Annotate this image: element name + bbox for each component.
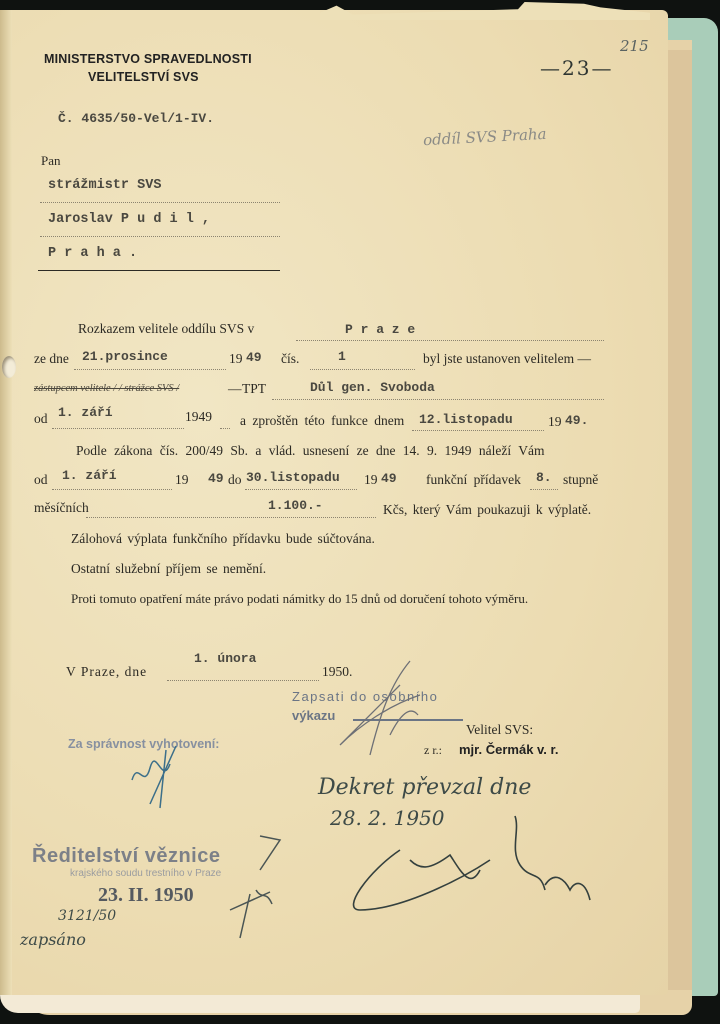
paragraph-2-line-1: Podle zákona čís. 200/49 Sb. a vlád. usn… (76, 443, 545, 459)
allowance-from-year: 49 (208, 471, 224, 486)
page-number: —23— (540, 56, 613, 80)
stupne-label: stupně (563, 472, 598, 488)
addressee-rank: strážmistr SVS (48, 178, 161, 193)
dotted-line (530, 489, 558, 490)
start-date: 1. září (58, 405, 113, 420)
place-field: P r a z e (345, 322, 415, 337)
dotted-line (40, 202, 280, 203)
commander-name: mjr. Čermák v. r. (459, 742, 559, 757)
body-line-4-middle: a zproštěn této funkce dnem (240, 413, 404, 429)
dotted-line (40, 236, 280, 237)
office-stamp-line-2: krajského soudu trestního v Praze (70, 868, 221, 879)
allowance-label: funkční přídavek (426, 472, 521, 488)
page-binding-shadow (0, 10, 12, 995)
addressee-city: P r a h a . (48, 246, 137, 261)
od-label: od (34, 411, 48, 427)
handwritten-recorded-note: zapsáno (20, 930, 86, 949)
paragraph-4: Ostatní služební příjem se nemění. (71, 561, 266, 577)
commander-title: Velitel SVS: (466, 722, 533, 738)
body-line-1-text: Rozkazem velitele oddílu SVS v (78, 321, 254, 337)
workplace-field: Důl gen. Svoboda (310, 380, 435, 395)
allowance-to-year: 49 (381, 471, 397, 486)
od-label-2: od (34, 472, 48, 488)
body-line-2-suffix: byl jste ustanoven velitelem — (423, 351, 591, 367)
ministry-heading: MINISTERSTVO SPRAVEDLNOSTI (44, 52, 252, 66)
bottom-page-edge (0, 995, 640, 1013)
allowance-from-date: 1. září (62, 468, 117, 483)
monthly-label: měsíčních (34, 500, 89, 516)
salutation: Pan (41, 153, 61, 169)
handwritten-receipt-line-1: Dekret převzal dne (318, 775, 531, 800)
dotted-line (86, 517, 376, 518)
currency-text: Kčs, který Vám poukazuji k výplatě. (383, 502, 591, 518)
office-stamp-line-1: Ředitelství věznice (32, 845, 220, 868)
punch-hole (2, 356, 16, 378)
dash: — (228, 381, 242, 397)
ze-dne-label: ze dne (34, 351, 69, 367)
allowance-grade: 8. (536, 470, 552, 485)
appointment-order-year: 49 (246, 350, 262, 365)
address-underline (38, 270, 280, 271)
handwritten-file-number: 3121/50 (58, 908, 116, 924)
year-prefix: 19 (229, 351, 243, 367)
start-year: 1949 (185, 409, 212, 425)
order-number: 1 (338, 349, 346, 364)
end-year: 49. (565, 413, 588, 428)
appointment-order-date: 21.prosince (82, 349, 168, 364)
dotted-line (52, 428, 184, 429)
dotted-line (245, 489, 357, 490)
issue-date: 1. února (194, 651, 256, 666)
dotted-line (272, 399, 604, 400)
dotted-line (167, 680, 319, 681)
dotted-line (74, 369, 226, 370)
reference-number: Č. 4635/50-Vel/1-IV. (58, 111, 214, 126)
end-year-prefix: 19 (548, 414, 562, 430)
correctness-signature-icon (120, 740, 200, 810)
record-stamp-line-2: výkazu (292, 708, 335, 723)
dotted-line (412, 430, 544, 431)
allowance-to-date: 30.listopadu (246, 470, 340, 485)
end-date: 12.listopadu (419, 412, 513, 427)
allowance-year-prefix: 19 (175, 472, 189, 488)
paragraph-3: Zálohová výplata funkčního přídavku bude… (71, 531, 375, 547)
commander-signature-icon (330, 655, 440, 765)
folio-number: 215 (620, 37, 649, 55)
dotted-line (52, 489, 172, 490)
addressee-name: Jaroslav P u d i l , (48, 212, 210, 227)
place-date-prefix: V Praze, dne (66, 664, 147, 680)
tpt-label: TPT (242, 381, 266, 397)
office-initials-icon (220, 830, 300, 940)
struck-out-options: zástupcem velitele / / strážce SVS / (34, 383, 179, 394)
cis-label: čís. (281, 351, 299, 367)
dotted-line (310, 369, 415, 370)
allowance-year2-prefix: 19 (364, 472, 378, 488)
dotted-line (220, 428, 230, 429)
allowance-amount: 1.100.- (268, 498, 323, 513)
paragraph-5: Proti tomuto opatření máte právo podati … (71, 591, 528, 607)
dotted-line (296, 340, 604, 341)
recipient-signature-icon (340, 810, 610, 920)
do-label: do (228, 472, 242, 488)
office-stamp-date: 23. II. 1950 (98, 884, 194, 907)
command-heading: VELITELSTVÍ SVS (88, 70, 199, 84)
